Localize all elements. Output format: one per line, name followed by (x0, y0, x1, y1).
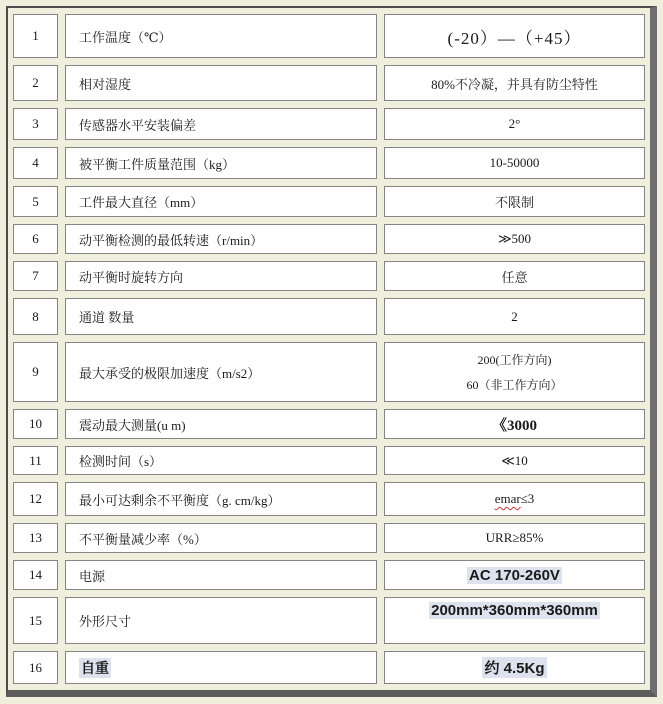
spec-name-text: 最小可达剩余不平衡度（g. cm/kg） (79, 490, 281, 509)
table-row: 9最大承受的极限加速度（m/s2）200(工作方向)60（非工作方向） (13, 342, 645, 402)
spec-name-text: 电源 (79, 566, 105, 585)
spec-value-text: ≪10 (501, 453, 528, 469)
spec-value-text: (-20）—（+45） (448, 24, 582, 49)
spec-value-text: 200mm*360mm*360mm (429, 602, 600, 619)
spec-value-cell: 不限制 (384, 186, 645, 217)
spec-value-line: 60（非工作方向） (466, 376, 562, 393)
spec-value-cell: URR≥85% (384, 523, 645, 553)
spec-name-cell: 最大承受的极限加速度（m/s2） (65, 342, 377, 402)
spec-value-cell: ≪10 (384, 446, 645, 475)
misspelled-word: emar (495, 491, 521, 506)
spec-name-text: 工作温度（℃） (79, 27, 172, 46)
spec-value-cell: AC 170-260V (384, 560, 645, 590)
spec-value-cell: (-20）—（+45） (384, 14, 645, 58)
spec-name-text: 动平衡时旋转方向 (79, 267, 183, 286)
spec-name-cell: 最小可达剩余不平衡度（g. cm/kg） (65, 482, 377, 516)
spec-value-text: 任意 (501, 267, 527, 286)
spec-name-text: 自重 (79, 658, 111, 678)
row-number-cell: 12 (13, 482, 58, 516)
table-row: 12最小可达剩余不平衡度（g. cm/kg）emar≤3 (13, 482, 645, 516)
row-number-cell: 13 (13, 523, 58, 553)
table-frame: 1工作温度（℃）(-20）—（+45）2相对湿度80%不冷凝，并具有防尘特性3传… (6, 6, 657, 697)
row-number-cell: 16 (13, 651, 58, 684)
spec-name-cell: 动平衡时旋转方向 (65, 261, 377, 291)
spec-value-text: 2° (509, 116, 521, 132)
spec-name-cell: 工作温度（℃） (65, 14, 377, 58)
spec-name-cell: 工件最大直径（mm） (65, 186, 377, 217)
spec-name-cell: 通道 数量 (65, 298, 377, 335)
spec-value-text: AC 170-260V (467, 567, 562, 584)
table-row: 5工件最大直径（mm）不限制 (13, 186, 645, 217)
spec-value-cell: 200mm*360mm*360mm (384, 597, 645, 644)
spec-value-rest: ≤3 (521, 491, 535, 506)
spec-value-text: 约 4.5Kg (482, 657, 546, 678)
table-row: 10震动最大测量(u m)《3000 (13, 409, 645, 439)
spec-value-text: 2 (511, 309, 518, 325)
spec-value-text: 《3000 (492, 414, 537, 435)
spec-value-cell: ≫500 (384, 224, 645, 254)
table-row: 15外形尺寸200mm*360mm*360mm (13, 597, 645, 644)
spec-name-text: 外形尺寸 (79, 611, 131, 630)
spec-name-cell: 检测时间（s） (65, 446, 377, 475)
spec-name-cell: 不平衡量减少率（%） (65, 523, 377, 553)
table-row: 11检测时间（s）≪10 (13, 446, 645, 475)
row-number-cell: 3 (13, 108, 58, 140)
row-number-cell: 15 (13, 597, 58, 644)
spec-name-cell: 相对湿度 (65, 65, 377, 101)
table-row: 7动平衡时旋转方向任意 (13, 261, 645, 291)
spec-table: 1工作温度（℃）(-20）—（+45）2相对湿度80%不冷凝，并具有防尘特性3传… (8, 8, 650, 690)
spec-value-cell: 任意 (384, 261, 645, 291)
spec-value-cell: 2 (384, 298, 645, 335)
spec-value-text: URR≥85% (486, 530, 544, 546)
table-row: 4被平衡工件质量范围（kg）10-50000 (13, 147, 645, 179)
spec-name-text: 动平衡检测的最低转速（r/min） (79, 230, 263, 249)
spec-name-text: 被平衡工件质量范围（kg） (79, 154, 235, 173)
spec-name-cell: 自重 (65, 651, 377, 684)
table-row: 16自重约 4.5Kg (13, 651, 645, 684)
table-row: 1工作温度（℃）(-20）—（+45） (13, 14, 645, 58)
table-row: 14电源AC 170-260V (13, 560, 645, 590)
spec-name-cell: 传感器水平安装偏差 (65, 108, 377, 140)
spec-value-cell: 80%不冷凝，并具有防尘特性 (384, 65, 645, 101)
spec-name-text: 震动最大测量(u m) (79, 415, 186, 434)
row-number-cell: 11 (13, 446, 58, 475)
table-row: 6动平衡检测的最低转速（r/min）≫500 (13, 224, 645, 254)
spec-name-cell: 外形尺寸 (65, 597, 377, 644)
spec-value-text: ≫500 (498, 231, 531, 247)
spec-name-text: 相对湿度 (79, 74, 131, 93)
spec-name-text: 检测时间（s） (79, 451, 162, 470)
row-number-cell: 10 (13, 409, 58, 439)
spec-name-text: 工件最大直径（mm） (79, 192, 203, 211)
spec-name-text: 最大承受的极限加速度（m/s2） (79, 363, 260, 382)
spec-name-text: 传感器水平安装偏差 (79, 115, 196, 134)
spec-name-cell: 被平衡工件质量范围（kg） (65, 147, 377, 179)
spec-value-cell: emar≤3 (384, 482, 645, 516)
row-number-cell: 5 (13, 186, 58, 217)
spec-name-text: 不平衡量减少率（%） (79, 529, 207, 548)
spec-value-line: 200(工作方向) (478, 351, 552, 368)
spec-value-cell: 10-50000 (384, 147, 645, 179)
spec-value-text: emar≤3 (495, 491, 535, 507)
spec-value-text: 10-50000 (490, 155, 540, 171)
spec-value-cell: 200(工作方向)60（非工作方向） (384, 342, 645, 402)
table-row: 2相对湿度80%不冷凝，并具有防尘特性 (13, 65, 645, 101)
row-number-cell: 2 (13, 65, 58, 101)
table-row: 8通道 数量2 (13, 298, 645, 335)
spec-name-cell: 动平衡检测的最低转速（r/min） (65, 224, 377, 254)
row-number-cell: 8 (13, 298, 58, 335)
row-number-cell: 6 (13, 224, 58, 254)
row-number-cell: 9 (13, 342, 58, 402)
table-row: 3传感器水平安装偏差2° (13, 108, 645, 140)
spec-value-text: 不限制 (495, 192, 534, 211)
row-number-cell: 7 (13, 261, 58, 291)
row-number-cell: 4 (13, 147, 58, 179)
table-row: 13不平衡量减少率（%）URR≥85% (13, 523, 645, 553)
spec-name-cell: 电源 (65, 560, 377, 590)
spec-value-cell: 2° (384, 108, 645, 140)
row-number-cell: 14 (13, 560, 58, 590)
spec-value-text: 80%不冷凝，并具有防尘特性 (431, 74, 598, 93)
spec-name-cell: 震动最大测量(u m) (65, 409, 377, 439)
row-number-cell: 1 (13, 14, 58, 58)
spec-name-text: 通道 数量 (79, 307, 134, 326)
spec-value-cell: 《3000 (384, 409, 645, 439)
spec-value-cell: 约 4.5Kg (384, 651, 645, 684)
